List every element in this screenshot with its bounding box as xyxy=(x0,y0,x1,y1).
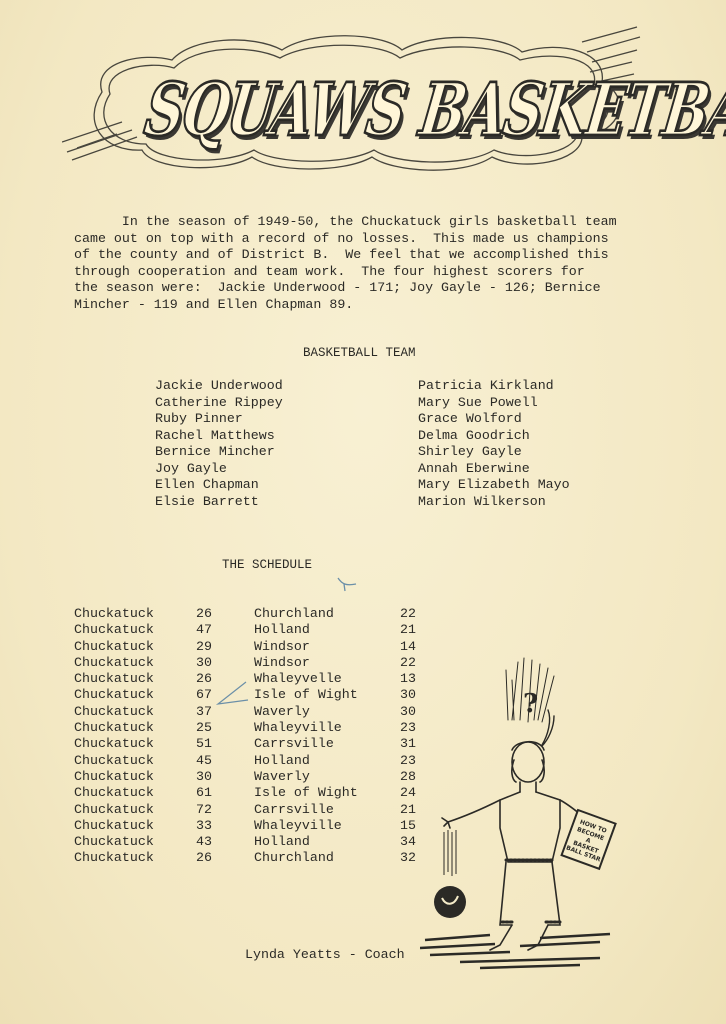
opponent-name: Isle of Wight xyxy=(254,687,358,702)
player-name: Grace Wolford xyxy=(418,411,570,428)
team-name: Chuckatuck xyxy=(74,720,154,735)
team-name: Chuckatuck xyxy=(74,769,154,784)
question-mark-icon: ? xyxy=(523,689,538,719)
opponent-score: 30 xyxy=(400,704,416,719)
opponent-name: Churchland xyxy=(254,606,334,621)
opponent-name: Holland xyxy=(254,622,310,637)
coach-credit: Lynda Yeatts - Coach xyxy=(245,947,405,962)
opponent-score: 15 xyxy=(400,818,416,833)
team-name: Chuckatuck xyxy=(74,704,154,719)
player-name: Rachel Matthews xyxy=(155,428,283,445)
team-name: Chuckatuck xyxy=(74,753,154,768)
opponent-score: 24 xyxy=(400,785,416,800)
team-score: 51 xyxy=(196,736,212,751)
player-name: Mary Elizabeth Mayo xyxy=(418,477,570,494)
team-score: 33 xyxy=(196,818,212,833)
opponent-score: 14 xyxy=(400,639,416,654)
player-name: Delma Goodrich xyxy=(418,428,570,445)
opponent-name: Whaleyvelle xyxy=(254,671,342,686)
opponent-score: 32 xyxy=(400,850,416,865)
team-name: Chuckatuck xyxy=(74,622,154,637)
opponent-name: Windsor xyxy=(254,655,310,670)
opponent-score: 31 xyxy=(400,736,416,751)
opponent-name: Whaleyville xyxy=(254,720,342,735)
opponent-score: 28 xyxy=(400,769,416,784)
title-banner: SQUAWS BASKETBALL xyxy=(62,22,642,182)
opponent-name: Holland xyxy=(254,753,310,768)
opponent-name: Waverly xyxy=(254,769,310,784)
roster-right-column: Patricia Kirkland Mary Sue Powell Grace … xyxy=(418,378,570,510)
player-name: Marion Wilkerson xyxy=(418,494,570,511)
team-name: Chuckatuck xyxy=(74,785,154,800)
opponent-name: Isle of Wight xyxy=(254,785,358,800)
pen-tick-mark xyxy=(336,574,360,592)
player-name: Jackie Underwood xyxy=(155,378,283,395)
team-name: Chuckatuck xyxy=(74,606,154,621)
opponent-name: Whaleyville xyxy=(254,818,342,833)
team-score: 47 xyxy=(196,622,212,637)
opponent-score: 34 xyxy=(400,834,416,849)
yearbook-page: SQUAWS BASKETBALL In the season of 1949-… xyxy=(0,0,726,1024)
player-name: Catherine Rippey xyxy=(155,395,283,412)
opponent-name: Holland xyxy=(254,834,310,849)
opponent-name: Windsor xyxy=(254,639,310,654)
team-score: 43 xyxy=(196,834,212,849)
team-score: 45 xyxy=(196,753,212,768)
team-score: 61 xyxy=(196,785,212,800)
team-score: 26 xyxy=(196,606,212,621)
team-score: 30 xyxy=(196,769,212,784)
opponent-score: 21 xyxy=(400,622,416,637)
opponent-score: 23 xyxy=(400,753,416,768)
team-name: Chuckatuck xyxy=(74,639,154,654)
team-name: Chuckatuck xyxy=(74,687,154,702)
player-name: Patricia Kirkland xyxy=(418,378,570,395)
team-name: Chuckatuck xyxy=(74,671,154,686)
team-score: 25 xyxy=(196,720,212,735)
opponent-name: Carrsville xyxy=(254,802,334,817)
player-name: Ruby Pinner xyxy=(155,411,283,428)
team-score: 26 xyxy=(196,671,212,686)
opponent-score: 22 xyxy=(400,606,416,621)
player-name: Bernice Mincher xyxy=(155,444,283,461)
page-title: SQUAWS BASKETBALL xyxy=(139,66,552,161)
player-name: Annah Eberwine xyxy=(418,461,570,478)
opponent-score: 23 xyxy=(400,720,416,735)
team-name: Chuckatuck xyxy=(74,736,154,751)
team-score: 29 xyxy=(196,639,212,654)
player-name: Mary Sue Powell xyxy=(418,395,570,412)
team-heading: BASKETBALL TEAM xyxy=(303,346,416,360)
book-icon: HOW TO BECOME A BASKET BALL STAR xyxy=(562,810,616,869)
team-score: 37 xyxy=(196,704,212,719)
player-name: Elsie Barrett xyxy=(155,494,283,511)
basketball-icon xyxy=(434,830,466,918)
team-score: 67 xyxy=(196,687,212,702)
team-score: 26 xyxy=(196,850,212,865)
schedule-heading: THE SCHEDULE xyxy=(222,558,312,572)
team-name: Chuckatuck xyxy=(74,834,154,849)
player-name: Shirley Gayle xyxy=(418,444,570,461)
team-name: Chuckatuck xyxy=(74,818,154,833)
pen-check-mark xyxy=(214,680,250,710)
team-name: Chuckatuck xyxy=(74,655,154,670)
opponent-score: 21 xyxy=(400,802,416,817)
opponent-score: 13 xyxy=(400,671,416,686)
opponent-score: 22 xyxy=(400,655,416,670)
team-name: Chuckatuck xyxy=(74,850,154,865)
opponent-score: 30 xyxy=(400,687,416,702)
team-name: Chuckatuck xyxy=(74,802,154,817)
team-score: 72 xyxy=(196,802,212,817)
player-name: Ellen Chapman xyxy=(155,477,283,494)
player-name: Joy Gayle xyxy=(155,461,283,478)
opponent-name: Waverly xyxy=(254,704,310,719)
opponent-name: Churchland xyxy=(254,850,334,865)
squaw-player-illustration: ? HOW TO BECOME A BASKET BALL STAR xyxy=(420,650,640,980)
opponent-name: Carrsville xyxy=(254,736,334,751)
team-score: 30 xyxy=(196,655,212,670)
roster-left-column: Jackie Underwood Catherine Rippey Ruby P… xyxy=(155,378,283,510)
intro-paragraph: In the season of 1949-50, the Chuckatuck… xyxy=(74,214,634,313)
